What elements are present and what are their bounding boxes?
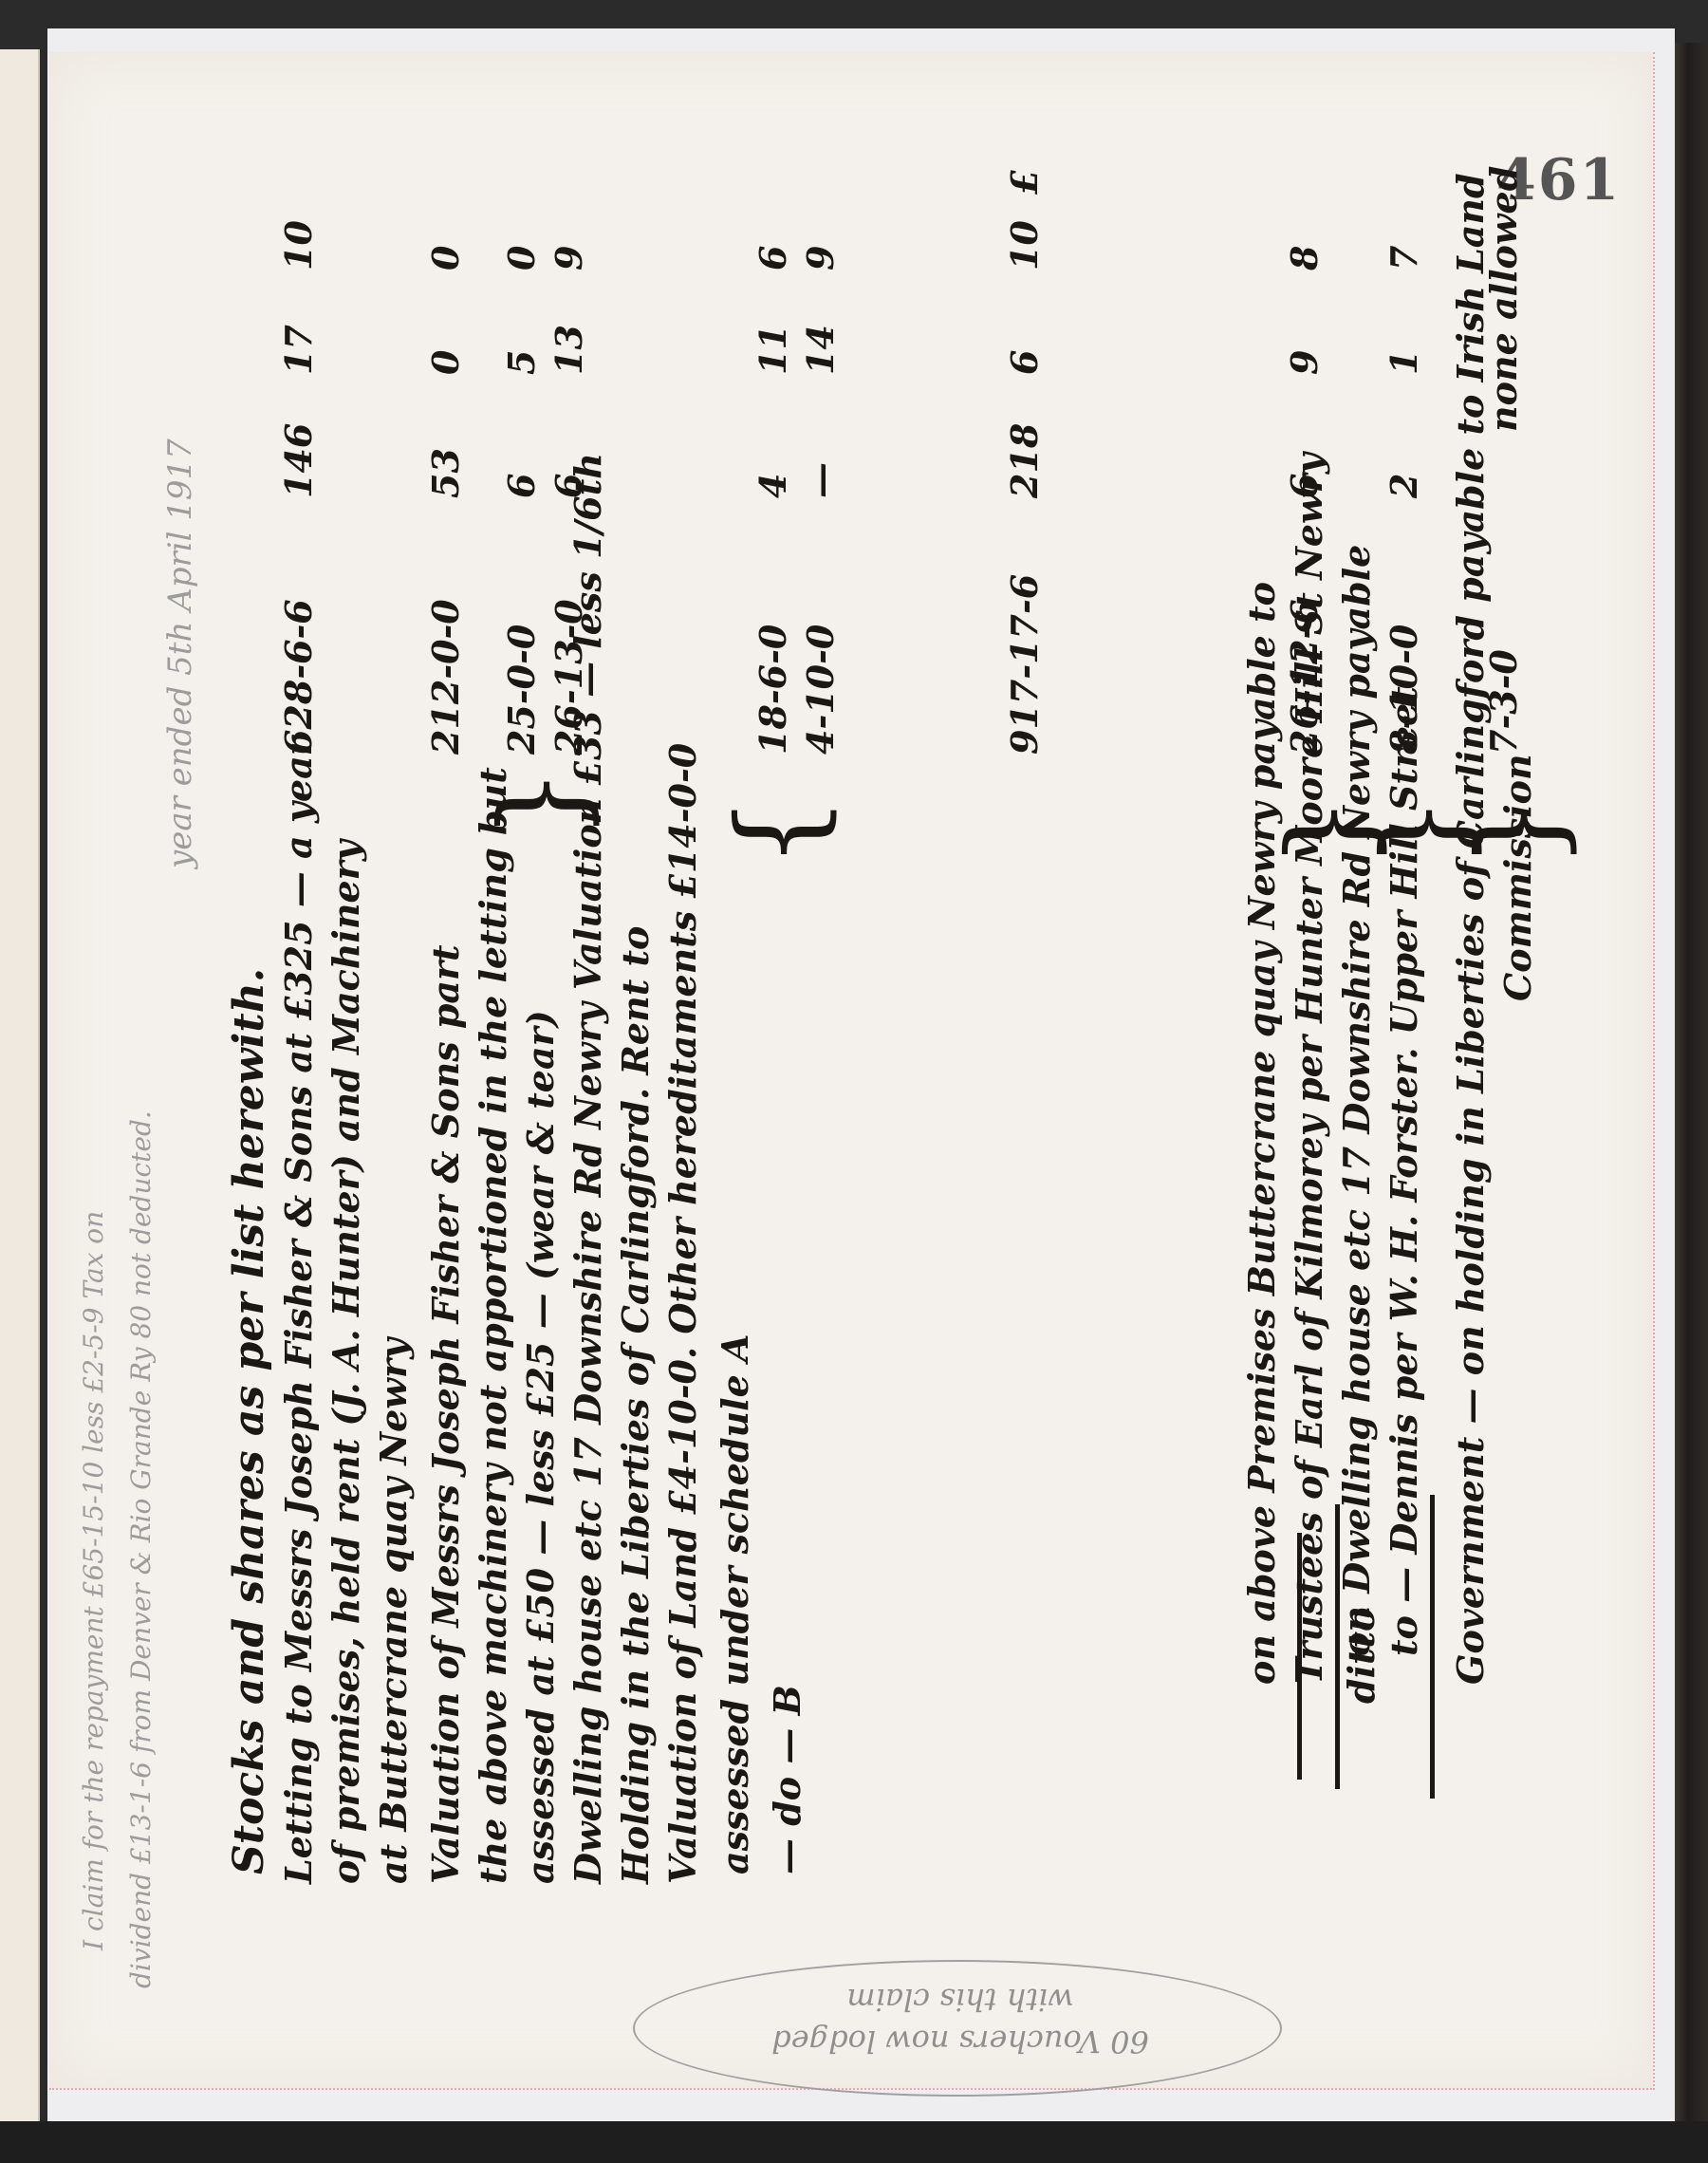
entry-machinery-line1: the above machinery not apportioned in t… xyxy=(472,767,514,1884)
subtotal-lump: 917-17-6 xyxy=(1003,574,1046,755)
heading-note: year ended 5th April 1917 xyxy=(161,438,199,868)
book-binding-bottom xyxy=(0,2121,1708,2163)
government-lump: 7-3-0 xyxy=(1482,649,1525,755)
amount-letting-shillings: 17 xyxy=(277,325,320,375)
amount-letting-pounds: 146 xyxy=(277,423,320,498)
amount-letting-lump: 628-6-6 xyxy=(277,599,320,755)
amount-schedule-b-lump: 4-10-0 xyxy=(799,625,842,755)
subtotal-pence: 10 xyxy=(1003,220,1046,270)
ditto-entry2-shillings: 1 xyxy=(1383,350,1425,375)
amount-valuation-pence: 0 xyxy=(424,246,467,270)
entry-schedule-b: — do — B xyxy=(766,1685,808,1874)
entry-letting-line2: of premises, held rent (J. A. Hunter) an… xyxy=(325,840,367,1884)
ditto-entry2-pounds: 2 xyxy=(1383,474,1425,498)
amount-schedule-a-pence: 6 xyxy=(752,246,794,270)
ditto-entry2-lump: 8-10-0 xyxy=(1383,625,1425,755)
ditto-entry1-shillings: 9 xyxy=(1283,350,1326,375)
amount-valuation-shillings: 0 xyxy=(424,350,467,375)
brace-schedules: { xyxy=(714,796,845,868)
circled-pencil-note: 60 Vouchers now lodged with this claim xyxy=(666,1979,1254,2062)
amount-valuation-lump: 212-0-0 xyxy=(424,599,467,755)
amount-machinery-pounds: 6 xyxy=(500,474,543,498)
amount-schedule-a-lump: 18-6-0 xyxy=(752,625,794,755)
circled-note-line1: 60 Vouchers now lodged xyxy=(666,2021,1254,2062)
entry-letting-line1: Letting to Messrs Joseph Fisher & Sons a… xyxy=(277,737,320,1884)
ditto-entry2-pence: 7 xyxy=(1383,246,1425,270)
circled-note-line2: with this claim xyxy=(666,1979,1254,2021)
ditto-entry1-lump: 26-12-6 xyxy=(1283,599,1326,755)
amount-schedule-a-shillings: 11 xyxy=(752,325,794,375)
entry-schedule-a: assessed under schedule A xyxy=(714,1334,756,1874)
amount-machinery-shillings: 5 xyxy=(500,350,543,375)
amount-dwelling-lump: 26-13-0 xyxy=(548,599,590,755)
previous-page-edge xyxy=(0,49,40,2128)
brace-machinery-dwelling: } xyxy=(476,768,608,840)
amount-machinery-lump: 25-0-0 xyxy=(500,625,543,755)
ditto-entry1-pounds: 6 xyxy=(1283,474,1326,498)
amount-machinery-pence: 0 xyxy=(500,246,543,270)
entry-valuation: Valuation of Messrs Joseph Fisher & Sons… xyxy=(424,944,467,1884)
brace-government: } xyxy=(1454,796,1586,868)
entry-stocks: Stocks and shares as per list herewith. xyxy=(225,968,273,1874)
ditto-entry2-line1: on Dwelling house etc 17 Downshire Rd Ne… xyxy=(1335,545,1378,1656)
ledger-page: 461 year ended 5th April 1917 I claim fo… xyxy=(49,52,1655,2090)
ditto-entry1-pence: 8 xyxy=(1283,246,1326,270)
pencil-note-2: dividend £13-1-6 from Denver & Rio Grand… xyxy=(125,1110,157,1988)
book-binding-spine xyxy=(1675,43,1708,2163)
entry-holding-line2: Valuation of Land £4-10-0. Other heredit… xyxy=(661,743,704,1884)
entry-letting-line3: at Buttercrane quay Newry xyxy=(372,1338,415,1884)
amount-schedule-a-pounds: 4 xyxy=(752,474,794,498)
amount-dwelling-shillings: 13 xyxy=(548,325,590,375)
pound-mark: £ xyxy=(1003,170,1046,195)
amount-valuation-pounds: 53 xyxy=(424,448,467,498)
amount-schedule-b-pounds: — xyxy=(799,462,842,498)
government-line2: Commission xyxy=(1496,754,1539,1001)
ditto-rule-3 xyxy=(1430,1495,1435,1799)
entry-holding-line1: Holding in the Liberties of Carlingford.… xyxy=(614,926,657,1884)
entry-machinery-line2: assessed at £50 — less £25 — (wear & tea… xyxy=(519,1010,562,1884)
subtotal-shillings: 6 xyxy=(1003,350,1046,375)
ditto-entry1-line1: on above Premises Buttercrane quay Newry… xyxy=(1240,582,1283,1685)
government-note: none allowed xyxy=(1482,166,1525,432)
amount-schedule-b-pence: 9 xyxy=(799,246,842,270)
subtotal-pounds: 218 xyxy=(1003,423,1046,498)
pencil-note-1: I claim for the repayment £65-15-10 less… xyxy=(78,1211,109,1950)
amount-letting-pence: 10 xyxy=(277,220,320,270)
amount-dwelling-pounds: 6 xyxy=(548,474,590,498)
amount-dwelling-pence: 9 xyxy=(548,246,590,270)
amount-schedule-b-shillings: 14 xyxy=(799,325,842,375)
